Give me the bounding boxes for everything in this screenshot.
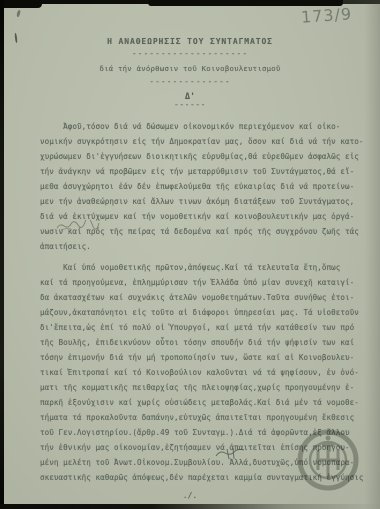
archive-stamp-icon [296,428,360,492]
text-line: τικαί Ἐπιτροπαί καί τό Κοινοβούλιον καλο… [40,365,370,380]
dashed-rule: -------------- [0,77,380,86]
scan-edge-bottom [0,504,380,509]
text-line: Καί ὑπό νομοθετικῆς πρῶτον,ἀπόψεως.Καί τ… [40,260,370,275]
text-line: ματι τῆς κομματικῆς πειθαρχίας τῆς πλειο… [40,380,370,395]
text-line: παρκῆ ἐξονύχισιν καί χωρίς οὐσιώδεις μετ… [40,395,370,410]
ink-mark [16,10,21,18]
text-line: νομικήν συγκρότησιν εἰς τήν Δημοκρατίαν … [40,134,370,149]
handwritten-annotation [213,446,265,462]
dashed-rule: ------ [0,100,380,109]
page-continuation-mark: ./. [0,491,380,500]
text-line: δα ἀκατασχέτων καί συχνάκις ἀτελῶν νομοθ… [40,290,370,305]
text-line: δι'ἔπειτα,ὡς ἐπί τό πολύ οἱ Ὑπουργοί, κα… [40,320,370,335]
document-title: Η ΑΝΑΘΕΩΡΗΣΙΣ ΤΟΥ ΣΥΝΤΑΓΜΑΤΟΣ [0,37,380,46]
text-line: μεν τήν ἀναθεώρησιν καί ἄλλων τινων ἀκόμ… [40,194,370,209]
scan-edge-top-thick [148,0,343,6]
text-line: τήματα τά προκαλοῦντα δαπάνην,εὐτυχῶς ἀπ… [40,410,370,425]
paragraph-1: Ἀφοῦ,τόσον διά νά δώσωμεν οἰκονομικόν πε… [40,119,370,254]
text-line: μάζουν,ἀκαταπόνητοι εἰς τοῦτο αἱ διάφορο… [40,305,370,320]
text-line: τῆς Βουλῆς, ἐπιδεικνύουν οὗτοι τόσην σπο… [40,335,370,350]
text-line: τόσην ἐπιμονήν διά τήν μή τροποποίησίν τ… [40,350,370,365]
text-line: ἀπαιτήσεις. [40,239,370,254]
document-subtitle: διά τήν ἀνόρθωσιν τοῦ Κοινοβουλευτισμοῦ [0,64,380,73]
scanned-document-page: 173/9 Η ΑΝΑΘΕΩΡΗΣΙΣ ΤΟΥ ΣΥΝΤΑΓΜΑΤΟΣ ----… [0,0,380,509]
text-line: καί τά προηγούμενα, ἐπλημμύρισαν τήν Ἑλλ… [40,275,370,290]
scan-edge-top-corner [0,0,42,8]
folio-number-handwritten: 173/9 [300,4,352,27]
handwritten-annotation [55,220,101,232]
text-line: μεθα ἀσυγχώρητοι ἐάν δέν ἐπωφελούμεθα τῆ… [40,179,370,194]
text-line: Ἀφοῦ,τόσον διά νά δώσωμεν οἰκονομικόν πε… [40,119,370,134]
dashed-rule: -------------------- [0,49,380,58]
text-line: χυρώσωμεν δι'ἐγγυήσεων διοικητικῆς εὐρυθ… [40,149,370,164]
text-line: τήν ἀνάγκην νά προβῶμεν εἰς τήν μεταρρύθ… [40,164,370,179]
